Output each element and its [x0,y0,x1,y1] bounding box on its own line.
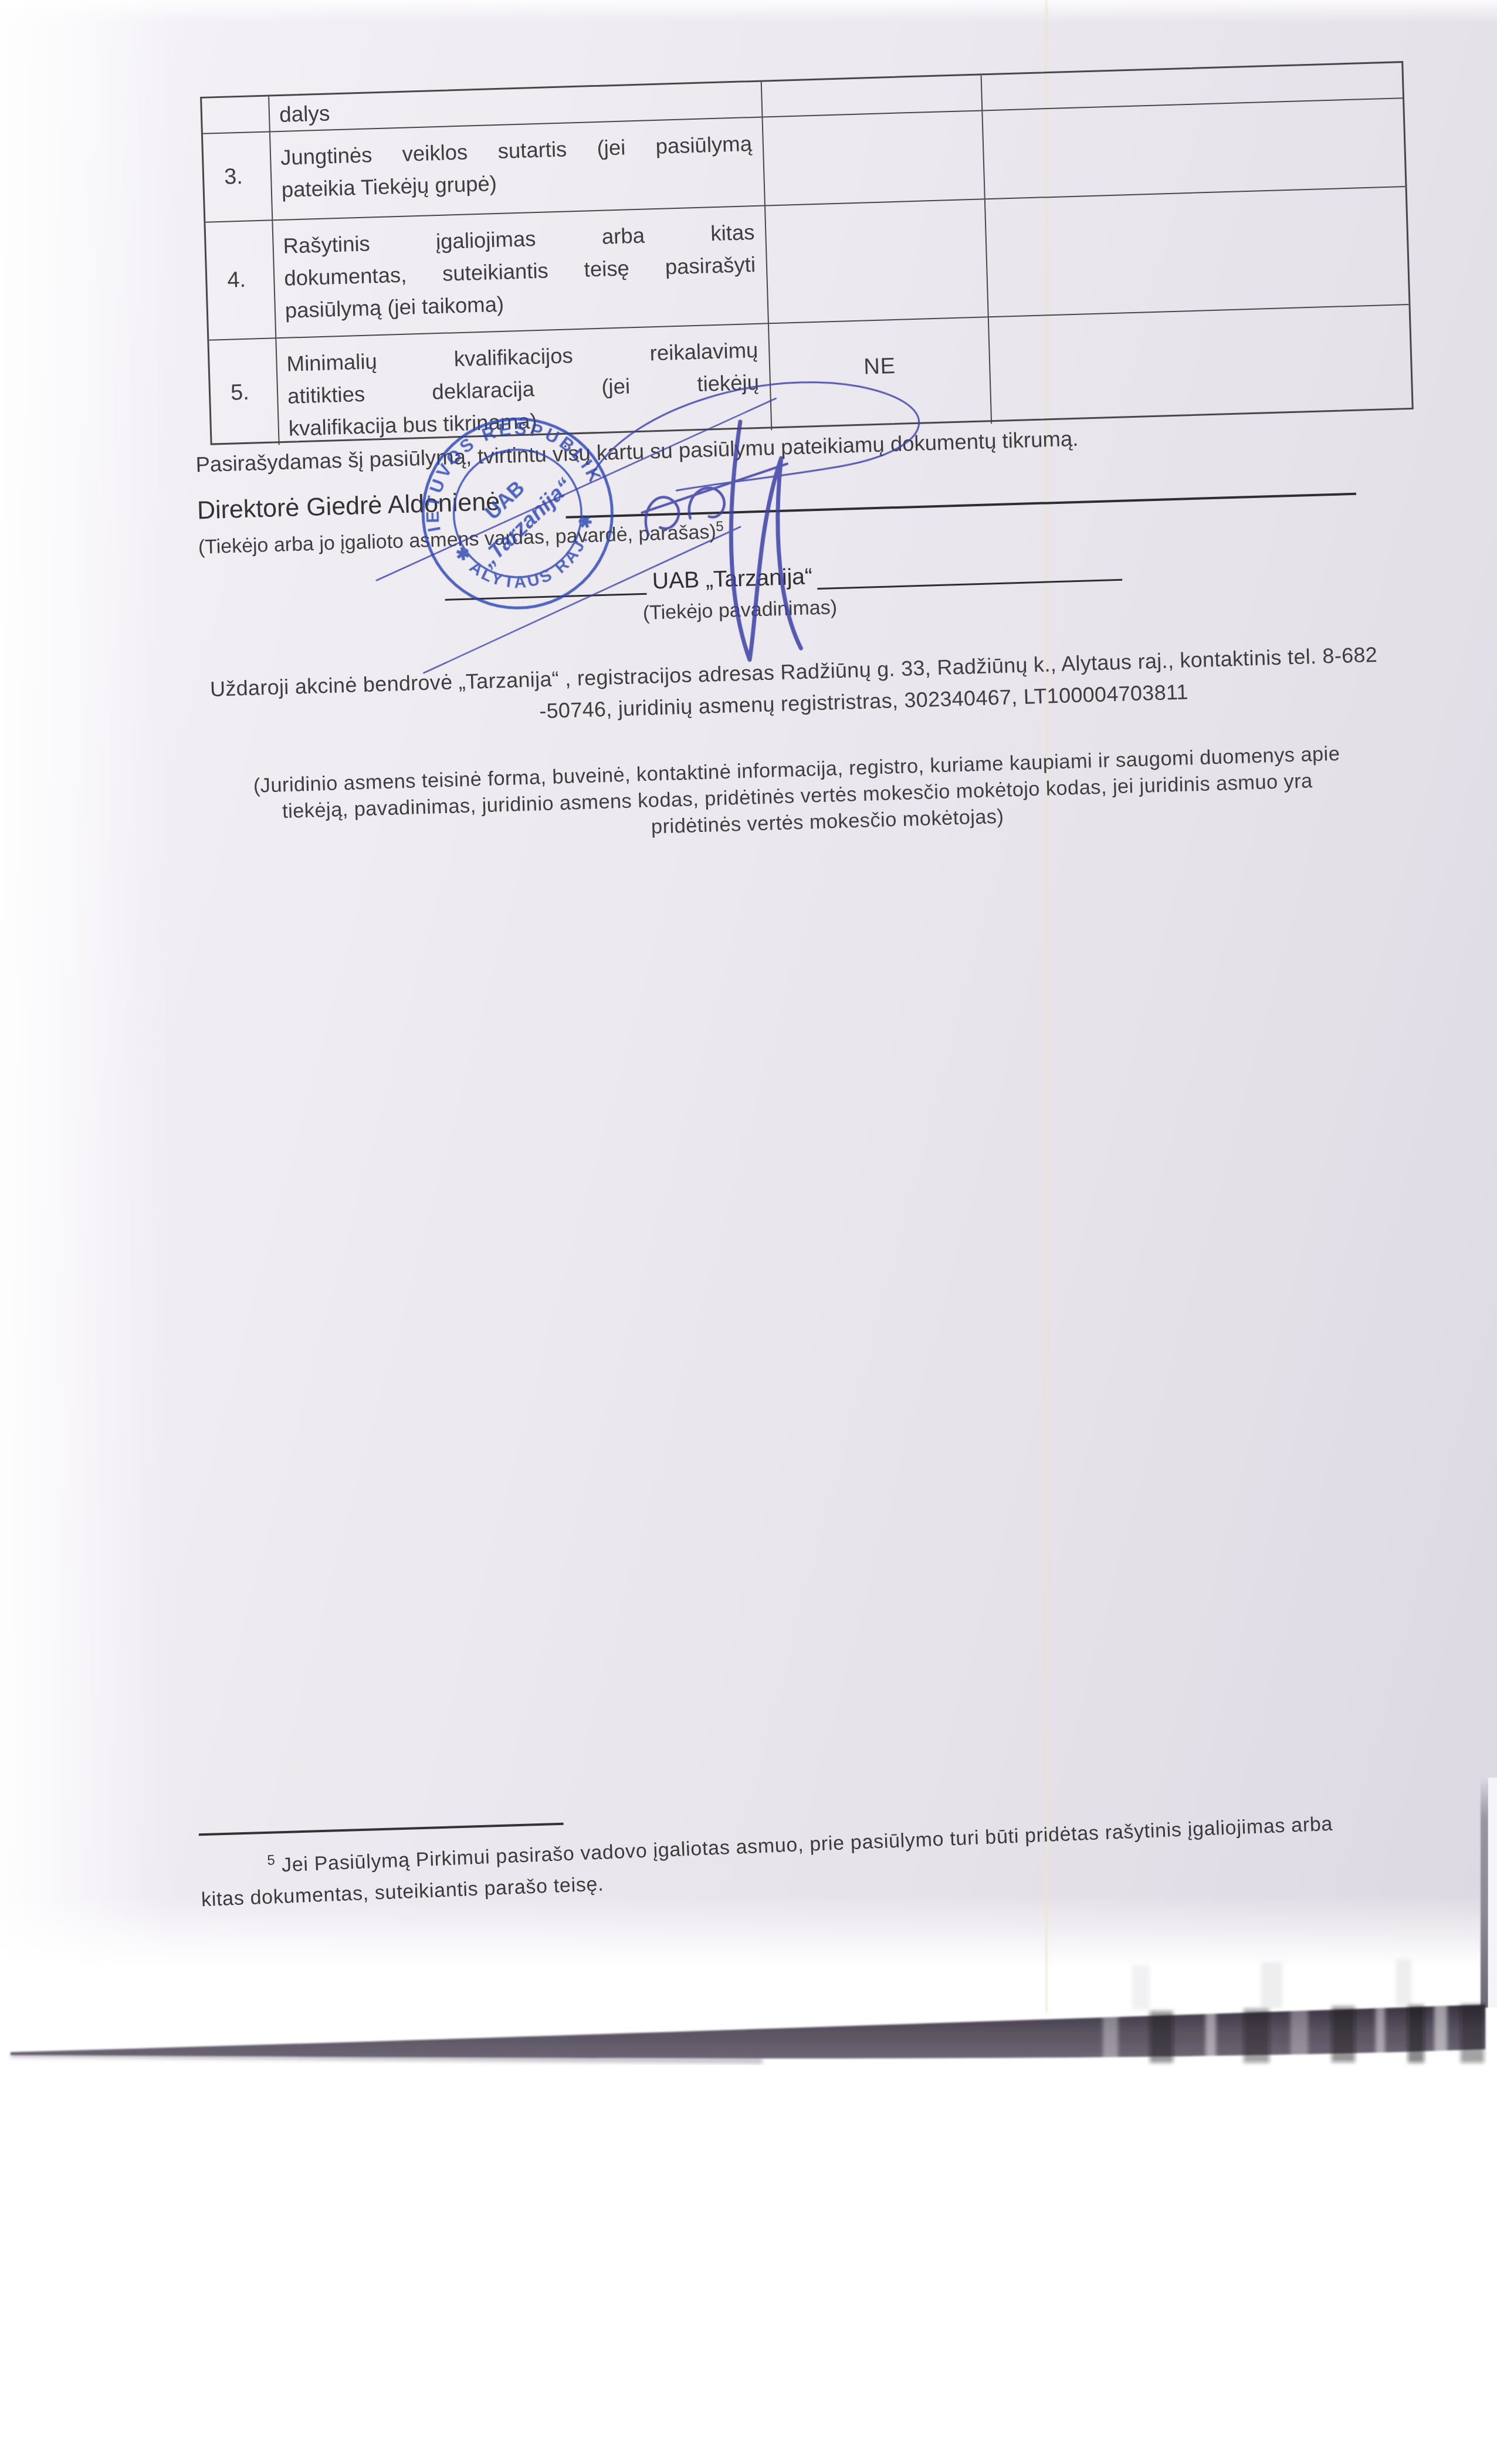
row-number-label: 4. [227,268,246,293]
row-description-lines: Rašytinis įgaliojimas arba kitasdokument… [283,216,757,327]
table-cell-empty [983,99,1405,199]
table-row-number: 3. [203,132,273,222]
footnote-separator-line [199,1823,564,1836]
scan-bottom-edge [0,1954,1497,2106]
scanned-document-page: dalys 3. Jungtinės veiklos sutartis (jei… [0,0,1497,2464]
footnote-marker: 5 [267,1852,276,1869]
table-cell-empty [762,75,983,117]
signature-ink [340,346,1007,706]
table-cell-empty [985,187,1409,317]
table-row-number: 5. [209,339,279,446]
company-info-caption: (Juridinio asmens teisinė forma, buveinė… [191,739,1403,854]
table-cell-empty [763,111,985,206]
table-cell-empty [766,199,989,324]
table-cell-empty [202,96,270,134]
row-number-label: 5. [230,380,249,406]
table-row-number: 4. [205,221,276,340]
table-row-description: Rašytinis įgaliojimas arba kitasdokument… [273,206,769,339]
row-description-lines: Jungtinės veiklos sutartis (jei pasiūlym… [280,127,753,206]
row-number-label: 3. [223,164,243,190]
faint-streaks [1132,1959,1411,2009]
table-row-description: Jungtinės veiklos sutartis (jei pasiūlym… [270,118,766,221]
table-header-partial-label: dalys [279,101,330,127]
table-cell-empty [989,305,1412,424]
footnote: 5 Jei Pasiūlymą Pirkimui pasirašo vadovo… [199,1798,1468,1916]
